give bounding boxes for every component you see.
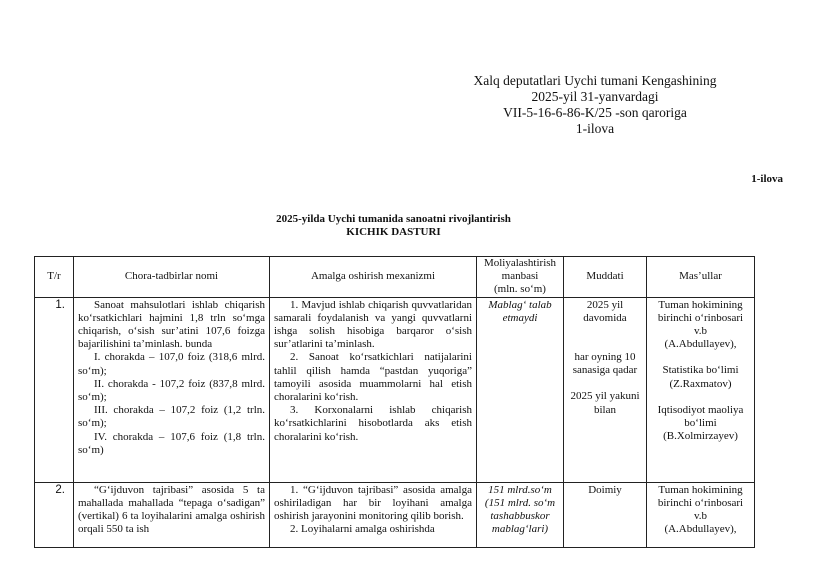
deadline: Doimiy: [564, 482, 647, 547]
approval-stamp: Xalq deputatlari Uychi tumani Kengashini…: [470, 73, 720, 137]
responsible: Tuman hokimining birinchi o‘rinbosari v.…: [647, 297, 755, 482]
approval-line: VII-5-16-6-86-K/25 -son qaroriga: [470, 105, 720, 121]
measure-name: “G‘ijduvon tajribasi” asosida 5 ta mahal…: [74, 482, 270, 547]
responsible: Tuman hokimining birinchi o‘rinbosari v.…: [647, 482, 755, 547]
row-number: 1.: [35, 297, 74, 482]
title-line-1: 2025-yilda Uychi tumanida sanoatni rivoj…: [34, 213, 753, 226]
header-funding: Moliyalashtirish manbasi (mln. so‘m): [477, 257, 564, 298]
approval-line: Xalq deputatlari Uychi tumani Kengashini…: [470, 73, 720, 89]
table-row: 1. Sanoat mahsulotlari ishlab chiqarish …: [35, 297, 755, 482]
header-mechanism: Amalga oshirish mexanizmi: [270, 257, 477, 298]
title-line-2: KICHIK DASTURI: [34, 226, 753, 239]
measure-name: Sanoat mahsulotlari ishlab chiqarish ko‘…: [74, 297, 270, 482]
row-number: 2.: [35, 482, 74, 547]
annex-label: 1-ilova: [751, 173, 783, 185]
mechanism: 1. “G‘ijduvon tajribasi” asosida amalga …: [270, 482, 477, 547]
approval-line: 2025-yil 31-yanvardagi: [470, 89, 720, 105]
header-deadline: Muddati: [564, 257, 647, 298]
header-num: T/r: [35, 257, 74, 298]
approval-line: 1-ilova: [470, 121, 720, 137]
table-header-row: T/r Chora-tadbirlar nomi Amalga oshirish…: [35, 257, 755, 298]
funding-source: 151 mlrd.so‘m (151 mlrd. so‘m tashabbusk…: [477, 482, 564, 547]
mechanism: 1. Mavjud ishlab chiqarish quvvatlaridan…: [270, 297, 477, 482]
program-table: T/r Chora-tadbirlar nomi Amalga oshirish…: [34, 256, 755, 548]
header-name: Chora-tadbirlar nomi: [74, 257, 270, 298]
deadline: 2025 yil davomida har oyning 10 sanasiga…: [564, 297, 647, 482]
funding-source: Mablag‘ talab etmaydi: [477, 297, 564, 482]
table-row: 2. “G‘ijduvon tajribasi” asosida 5 ta ma…: [35, 482, 755, 547]
header-responsible: Mas’ullar: [647, 257, 755, 298]
document-title: 2025-yilda Uychi tumanida sanoatni rivoj…: [34, 213, 753, 239]
